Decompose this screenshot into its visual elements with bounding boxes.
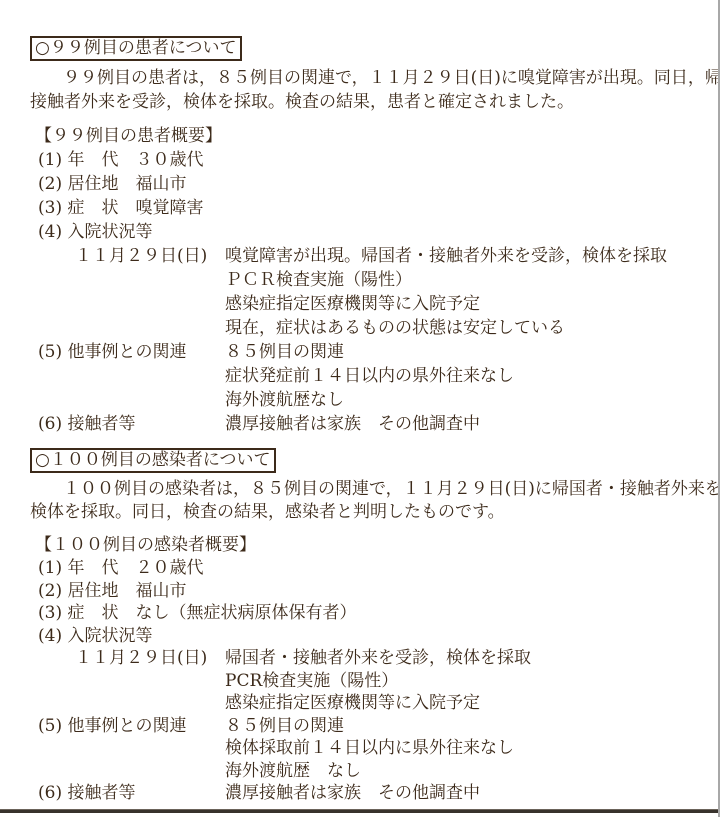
- symptom-row: (3) 症 状 なし（無症状病原体保有者）: [30, 602, 706, 625]
- document-page: ○９９例目の患者について ９９例目の患者は，８５例目の関連で，１１月２９日(日)…: [0, 0, 720, 817]
- symptom-text: (3) 症 状 なし（無症状病原体保有者）: [38, 602, 356, 625]
- hospital-detail-row: 感染症指定医療機関等に入院予定: [30, 292, 706, 316]
- residence-row: (2) 居住地 福山市: [30, 580, 706, 603]
- hospitalization-label: (4) 入院状況等: [38, 220, 152, 244]
- case-100-intro-line-1: １００例目の感染者は，８５例目の関連で，１１月２９日(日)に帰国者・接触者外来を…: [30, 478, 706, 501]
- case-99-intro-line-2: 接触者外来を受診，検体を採取。検査の結果，患者と確定されました。: [30, 90, 706, 114]
- residence-text: (2) 居住地 福山市: [38, 580, 186, 603]
- admission-plan-text: 感染症指定医療機関等に入院予定: [225, 292, 706, 316]
- hospital-detail-row: ＰＣＲ検査実施（陽性）: [30, 268, 706, 292]
- travel-history-prefecture-text: 検体採取前１４日以内に県外往来なし: [225, 737, 706, 760]
- case-99-intro-line-1: ９９例目の患者は，８５例目の関連で，１１月２９日(日)に嗅覚障害が出現。同日，帰…: [30, 66, 706, 90]
- residence-text: (2) 居住地 福山市: [38, 172, 186, 196]
- contacts-row: (6) 接触者等 濃厚接触者は家族 その他調査中: [30, 782, 706, 805]
- case-100-intro-line-2: 検体を採取。同日，検査の結果，感染者と判明したものです。: [30, 501, 706, 524]
- spacer: [38, 316, 225, 340]
- spacer: [38, 760, 225, 783]
- hospitalization-row: (4) 入院状況等: [30, 625, 706, 648]
- relation-label: (5) 他事例との関連: [38, 340, 225, 364]
- date-row: １１月２９日(日) 帰国者・接触者外来を受診，検体を採取: [30, 647, 706, 670]
- symptom-text: (3) 症 状 嗅覚障害: [38, 196, 203, 220]
- date-label: １１月２９日(日): [38, 244, 225, 268]
- relation-row: (5) 他事例との関連 ８５例目の関連: [30, 715, 706, 738]
- date-label: １１月２９日(日): [38, 647, 225, 670]
- relation-value: ８５例目の関連: [225, 715, 706, 738]
- spacer: [38, 388, 225, 412]
- travel-history-prefecture-text: 症状発症前１４日以内の県外往来なし: [225, 364, 706, 388]
- relation-detail-row: 海外渡航歴なし: [30, 388, 706, 412]
- relation-detail-row: 検体採取前１４日以内に県外往来なし: [30, 737, 706, 760]
- relation-detail-row: 症状発症前１４日以内の県外往来なし: [30, 364, 706, 388]
- travel-history-overseas-text: 海外渡航歴 なし: [225, 760, 706, 783]
- case-100-title-box: ○１００例目の感染者について: [30, 448, 276, 473]
- spacer: [38, 692, 225, 715]
- travel-history-overseas-text: 海外渡航歴なし: [225, 388, 706, 412]
- hospital-detail-row: 感染症指定医療機関等に入院予定: [30, 692, 706, 715]
- age-text: (1) 年 代 ３０歳代: [38, 148, 203, 172]
- age-row: (1) 年 代 ３０歳代: [30, 148, 706, 172]
- symptom-row: (3) 症 状 嗅覚障害: [30, 196, 706, 220]
- hospitalization-row: (4) 入院状況等: [30, 220, 706, 244]
- spacer: [38, 268, 225, 292]
- relation-label: (5) 他事例との関連: [38, 715, 225, 738]
- date-description: 帰国者・接触者外来を受診，検体を採取: [225, 647, 706, 670]
- spacer: [38, 737, 225, 760]
- spacer: [38, 364, 225, 388]
- age-row: (1) 年 代 ２０歳代: [30, 557, 706, 580]
- document-content: ○９９例目の患者について ９９例目の患者は，８５例目の関連で，１１月２９日(日)…: [30, 36, 706, 805]
- contacts-value: 濃厚接触者は家族 その他調査中: [225, 782, 706, 805]
- pcr-test-text: PCR検査実施（陽性）: [225, 670, 706, 693]
- date-row: １１月２９日(日) 嗅覚障害が出現。帰国者・接触者外来を受診，検体を採取: [30, 244, 706, 268]
- hospitalization-label: (4) 入院状況等: [38, 625, 152, 648]
- residence-row: (2) 居住地 福山市: [30, 172, 706, 196]
- contacts-row: (6) 接触者等 濃厚接触者は家族 その他調査中: [30, 412, 706, 436]
- relation-row: (5) 他事例との関連 ８５例目の関連: [30, 340, 706, 364]
- hospital-detail-row: PCR検査実施（陽性）: [30, 670, 706, 693]
- contacts-label: (6) 接触者等: [38, 782, 225, 805]
- age-text: (1) 年 代 ２０歳代: [38, 557, 203, 580]
- case-99-section: ○９９例目の患者について ９９例目の患者は，８５例目の関連で，１１月２９日(日)…: [30, 36, 706, 436]
- case-99-title-box: ○９９例目の患者について: [30, 36, 242, 61]
- hospital-detail-row: 現在，症状はあるものの状態は安定している: [30, 316, 706, 340]
- relation-detail-row: 海外渡航歴 なし: [30, 760, 706, 783]
- spacer: [38, 292, 225, 316]
- admission-plan-text: 感染症指定医療機関等に入院予定: [225, 692, 706, 715]
- case-99-summary-heading: 【９９例目の患者概要】: [30, 124, 706, 148]
- bottom-rule: [0, 809, 720, 813]
- date-description: 嗅覚障害が出現。帰国者・接触者外来を受診，検体を採取: [225, 244, 706, 268]
- pcr-test-text: ＰＣＲ検査実施（陽性）: [225, 268, 706, 292]
- case-100-section: ○１００例目の感染者について １００例目の感染者は，８５例目の関連で，１１月２９…: [30, 448, 706, 805]
- contacts-value: 濃厚接触者は家族 その他調査中: [225, 412, 706, 436]
- relation-value: ８５例目の関連: [225, 340, 706, 364]
- case-100-summary-heading: 【１００例目の感染者概要】: [30, 534, 706, 557]
- condition-text: 現在，症状はあるものの状態は安定している: [225, 316, 706, 340]
- spacer: [38, 670, 225, 693]
- contacts-label: (6) 接触者等: [38, 412, 225, 436]
